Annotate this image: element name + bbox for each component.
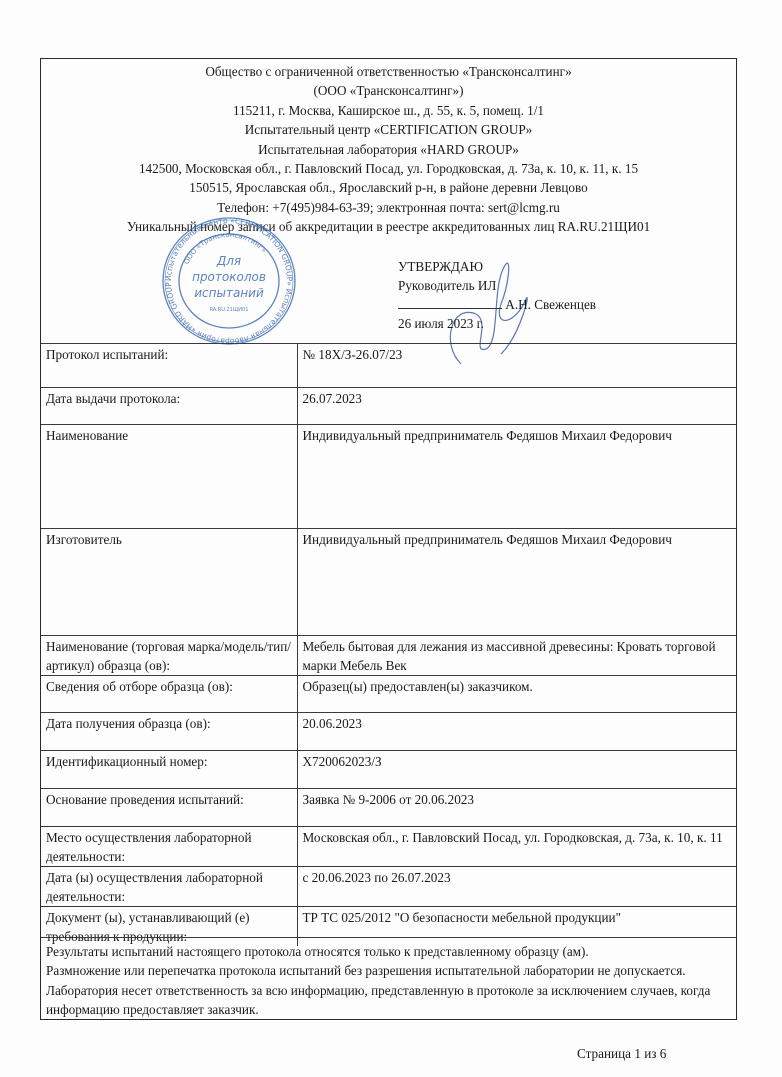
table-row: Наименование (торговая марка/модель/тип/… bbox=[41, 636, 736, 676]
table-row: Идентификационный номер:Х720062023/З bbox=[41, 751, 736, 789]
svg-text:протоколов: протоколов bbox=[192, 270, 266, 284]
table-row: Сведения об отборе образца (ов):Образец(… bbox=[41, 676, 736, 713]
page-number: Страница 1 из 6 bbox=[577, 1046, 666, 1062]
svg-text:Для: Для bbox=[216, 254, 241, 268]
approver-position: Руководитель ИЛ bbox=[398, 276, 596, 295]
contacts: Телефон: +7(495)984-63-39; электронная п… bbox=[41, 198, 736, 217]
row-label: Сведения об отборе образца (ов): bbox=[41, 676, 297, 713]
row-value: с 20.06.2023 по 26.07.2023 bbox=[297, 867, 736, 907]
row-label: Изготовитель bbox=[41, 529, 297, 636]
laboratory-address-1: 142500, Московская обл., г. Павловский П… bbox=[41, 159, 736, 178]
row-label: Место осуществления лабораторной деятель… bbox=[41, 827, 297, 867]
row-label: Основание проведения испытаний: bbox=[41, 789, 297, 827]
row-value: Х720062023/З bbox=[297, 751, 736, 789]
approval-date: 26 июля 2023 г. bbox=[398, 314, 596, 333]
protocol-info-table: Протокол испытаний:№ 18Х/З-26.07/23Дата … bbox=[41, 343, 736, 946]
laboratory-address-2: 150515, Ярославская обл., Ярославский р-… bbox=[41, 178, 736, 197]
table-row: Дата выдачи протокола:26.07.2023 bbox=[41, 388, 736, 425]
disclaimer-line: Лаборатория несет ответственность за всю… bbox=[46, 981, 731, 1000]
row-label: Наименование (торговая марка/модель/тип/… bbox=[41, 636, 297, 676]
document-frame: Общество с ограниченной ответственностью… bbox=[40, 58, 737, 1020]
testing-center-name: Испытательный центр «CERTIFICATION GROUP… bbox=[41, 120, 736, 139]
laboratory-stamp-icon: Испытательный центр «CERTIFICATION GROUP… bbox=[159, 215, 299, 347]
org-short-name: (ООО «Трансконсалтинг») bbox=[41, 81, 736, 100]
row-value: Образец(ы) предоставлен(ы) заказчиком. bbox=[297, 676, 736, 713]
row-label: Протокол испытаний: bbox=[41, 344, 297, 388]
row-label: Идентификационный номер: bbox=[41, 751, 297, 789]
row-value: Индивидуальный предприниматель Федяшов М… bbox=[297, 529, 736, 636]
row-label: Дата выдачи протокола: bbox=[41, 388, 297, 425]
org-address: 115211, г. Москва, Каширское ш., д. 55, … bbox=[41, 101, 736, 120]
row-label: Наименование bbox=[41, 425, 297, 529]
svg-text:RA.RU.21ЩИ01: RA.RU.21ЩИ01 bbox=[210, 307, 249, 313]
table-row: НаименованиеИндивидуальный предпринимате… bbox=[41, 425, 736, 529]
row-value: Индивидуальный предприниматель Федяшов М… bbox=[297, 425, 736, 529]
row-value: Мебель бытовая для лежания из массивной … bbox=[297, 636, 736, 676]
accreditation-number: Уникальный номер записи об аккредитации … bbox=[41, 217, 736, 236]
table-row: ИзготовительИндивидуальный предпринимате… bbox=[41, 529, 736, 636]
table-row: Дата (ы) осуществления лабораторной деят… bbox=[41, 867, 736, 907]
organization-header: Общество с ограниченной ответственностью… bbox=[41, 59, 736, 343]
row-value: 20.06.2023 bbox=[297, 713, 736, 751]
table-row: Основание проведения испытаний:Заявка № … bbox=[41, 789, 736, 827]
svg-text:испытаний: испытаний bbox=[194, 286, 264, 300]
row-label: Дата получения образца (ов): bbox=[41, 713, 297, 751]
table-row: Место осуществления лабораторной деятель… bbox=[41, 827, 736, 867]
table-row: Протокол испытаний:№ 18Х/З-26.07/23 bbox=[41, 344, 736, 388]
disclaimer-line: Размножение или перепечатка протокола ис… bbox=[46, 961, 731, 980]
row-value: Заявка № 9-2006 от 20.06.2023 bbox=[297, 789, 736, 827]
disclaimer-line: информацию предоставляет заказчик. bbox=[46, 1000, 731, 1019]
org-full-name: Общество с ограниченной ответственностью… bbox=[41, 62, 736, 81]
row-value: 26.07.2023 bbox=[297, 388, 736, 425]
row-value: Московская обл., г. Павловский Посад, ул… bbox=[297, 827, 736, 867]
row-label: Дата (ы) осуществления лабораторной деят… bbox=[41, 867, 297, 907]
approval-title: УТВЕРЖДАЮ bbox=[398, 257, 596, 276]
approval-block: УТВЕРЖДАЮ Руководитель ИЛ А.Н. Свеженцев… bbox=[398, 257, 596, 333]
row-value: № 18Х/З-26.07/23 bbox=[297, 344, 736, 388]
disclaimer-note: Результаты испытаний настоящего протокол… bbox=[41, 937, 736, 1021]
table-row: Дата получения образца (ов):20.06.2023 bbox=[41, 713, 736, 751]
approver-name: А.Н. Свеженцев bbox=[505, 297, 596, 312]
disclaimer-line: Результаты испытаний настоящего протокол… bbox=[46, 942, 731, 961]
approver-signature-line: А.Н. Свеженцев bbox=[398, 295, 596, 314]
laboratory-name: Испытательная лаборатория «HARD GROUP» bbox=[41, 140, 736, 159]
